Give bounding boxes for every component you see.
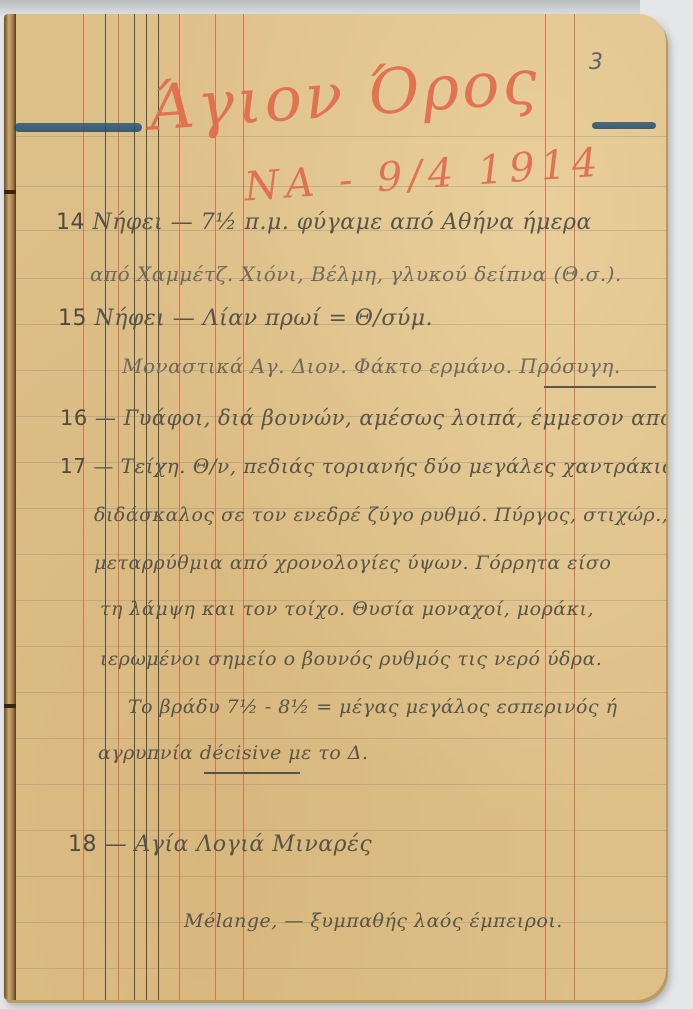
entry-17-line-4: τη λάμψη και τον τοίχο. Θυσία μοναχοί, μ… [100,598,594,620]
day-number: 17 [60,454,86,478]
underline-mark [544,386,656,388]
ruled-line [16,876,666,877]
day-number: 18 [68,832,97,857]
ruled-line [16,738,666,739]
blue-pencil-dash-right [592,122,656,129]
entry-14-line-1: 14 Νήφει — 7½ π.μ. φύγαμε από Αθήνα ήμερ… [56,210,592,235]
entry-17-line-5: ιερωμένοι σημείο ο βουνός ρυθμός τις νερ… [100,648,602,670]
day-number: 16 [60,406,88,430]
notebook-page: 3 Άγιον Όρος ΝΑ - 9/4 1914 14 Νήφει — 7½… [4,14,666,1000]
entry-18-line-1: 18 — Αγία Λογιά Μιναρές [68,832,372,857]
entry-text: — Γυάφοι, διά βουνών, αμέσως λοιπά, έμμε… [95,406,666,430]
entry-17-line-3: μεταρρύθμια από χρονολογίες ύψων. Γόρρητ… [94,552,611,574]
binding-edge [4,14,16,1000]
entry-17-line-6: Το βράδυ 7½ - 8½ = μέγας μεγάλος εσπεριν… [128,696,618,718]
ruled-line [16,692,666,693]
entry-17-line-1: 17 — Τείχη. Θ/ν, πεδιάς τοριανής δύο μεγ… [60,454,666,478]
entry-16-line-1: 16 — Γυάφοι, διά βουνών, αμέσως λοιπά, έ… [60,406,666,430]
entry-17-line-2: διδάσκαλος σε τον ενεδρέ ζύγο ρυθμό. Πύρ… [94,504,666,526]
page-title: Άγιον Όρος [147,44,542,144]
entry-18-line-2: Mélange, — ξυμπαθής λαός έμπειροι. [184,910,563,932]
entry-15-line-1: 15 Νήφει — Λίαν πρωί = Θ/σύμ. [58,306,433,331]
page-number: 3 [589,50,603,75]
day-number: 15 [58,306,87,331]
binding-gap [4,704,16,708]
entry-17-line-7: αγρυπνία décisive με το Δ. [98,742,369,764]
ruled-line [16,646,666,647]
entry-text: Νήφει — Λίαν πρωί = Θ/σύμ. [95,306,434,331]
binding-gap [4,190,16,194]
entry-text: Νήφει — 7½ π.μ. φύγαμε από Αθήνα ήμερα [93,210,592,235]
ruled-line [16,830,666,831]
underline-decisive [204,772,300,774]
ruled-line [16,968,666,969]
entry-text: — Τείχη. Θ/ν, πεδιάς τοριανής δύο μεγάλε… [93,454,666,478]
ruled-line [16,784,666,785]
page-date: ΝΑ - 9/4 1914 [243,140,605,211]
day-number: 14 [56,210,85,235]
blue-pencil-dash-left [14,123,142,132]
entry-text: — Αγία Λογιά Μιναρές [105,832,373,857]
entry-14-line-2: από Χαμμέτζ. Χιόνι, Βέλμη, γλυκού δείπνα… [90,262,622,286]
ruled-line [16,136,666,137]
entry-15-line-2: Μοναστικά Αγ. Διον. Φάκτο ερμάνο. Πρόσυγ… [122,354,621,378]
